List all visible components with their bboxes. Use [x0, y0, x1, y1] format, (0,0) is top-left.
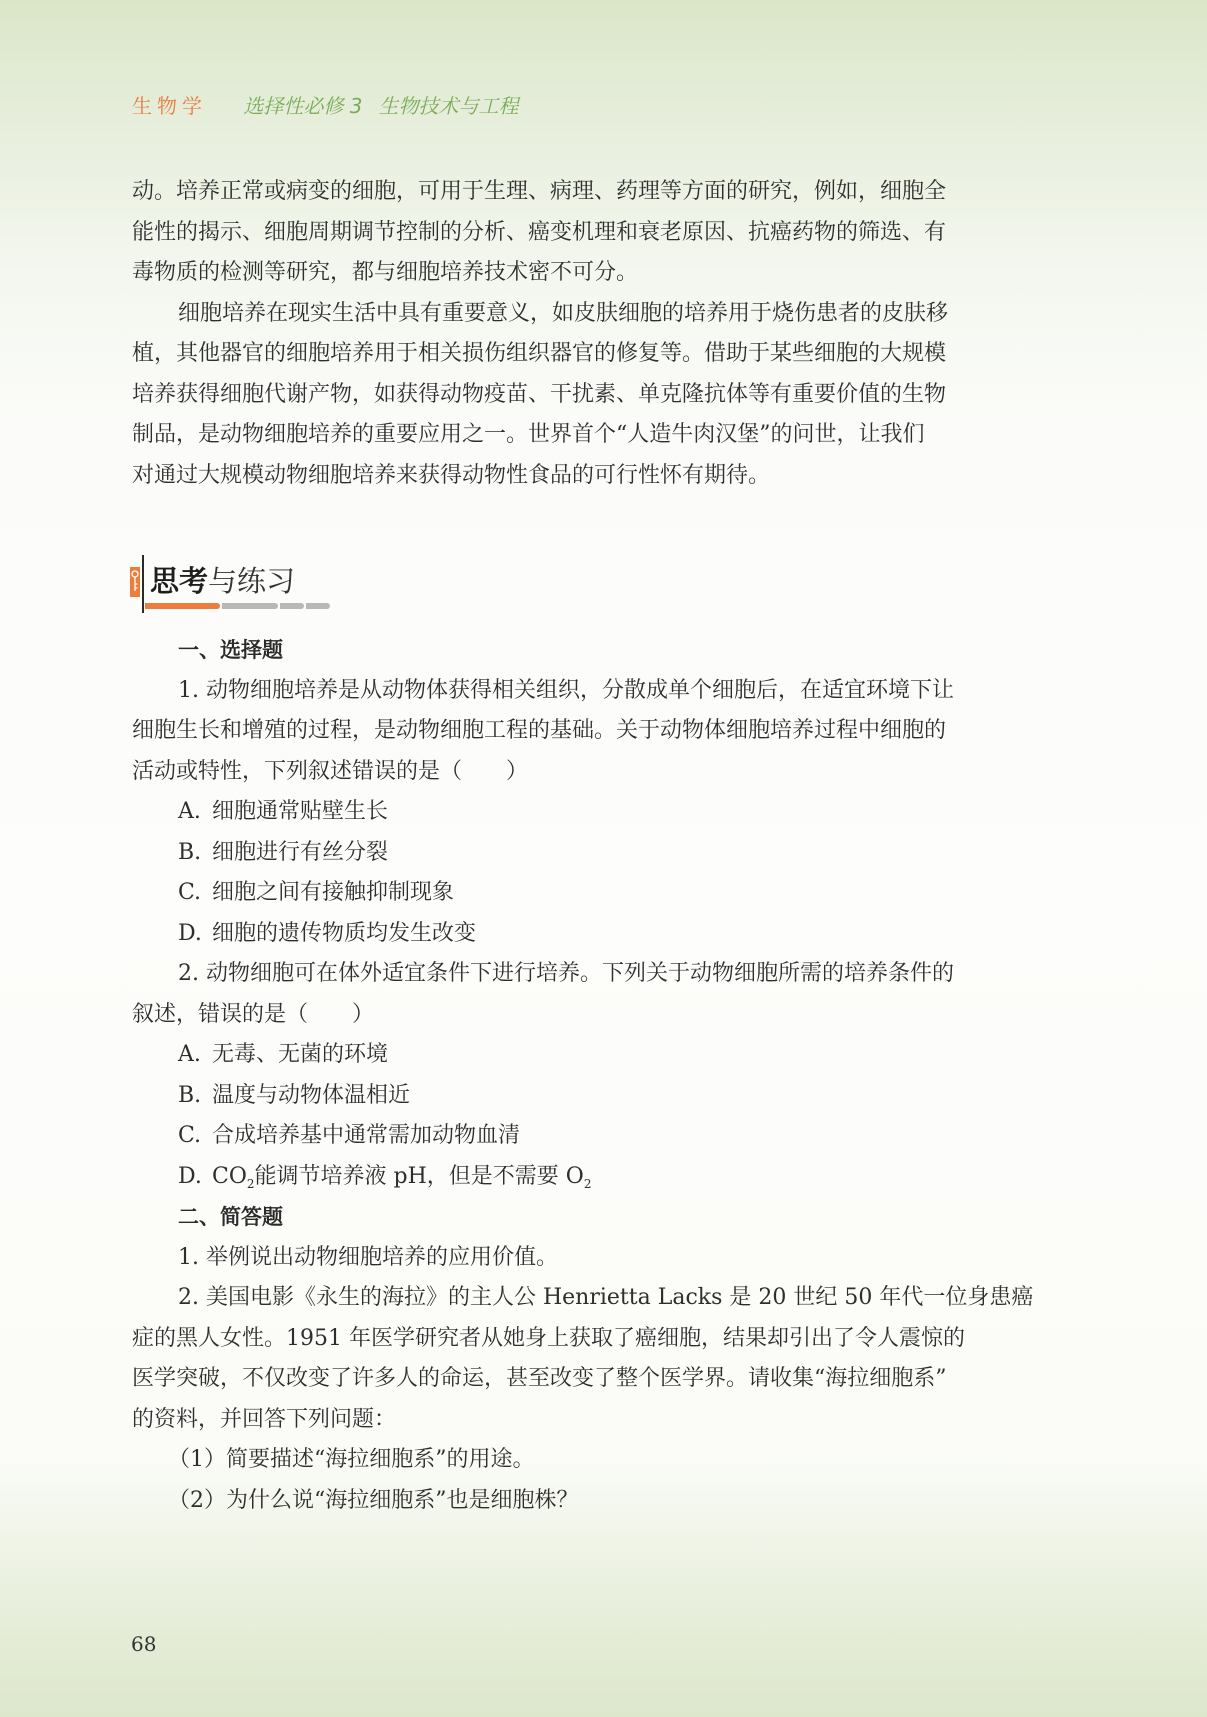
- text-line: 培养获得细胞代谢产物，如获得动物疫苗、干扰素、单克隆抗体等有重要价值的生物: [132, 375, 1038, 416]
- sub-question-1: （1）简要描述“海拉细胞系”的用途。: [132, 1440, 1038, 1481]
- text-line: 对通过大规模动物细胞培养来获得动物性食品的可行性怀有期待。: [132, 456, 1038, 497]
- option-c: C.合成培养基中通常需加动物血清: [132, 1116, 1038, 1157]
- option-a: A.无毒、无菌的环境: [132, 1035, 1038, 1076]
- question-text-line: 细胞生长和增殖的过程，是动物细胞工程的基础。关于动物体细胞培养过程中细胞的: [132, 711, 1038, 752]
- header-course: 选择性必修 3生物技术与工程: [243, 94, 518, 118]
- section-heading-exercises: 思考与练习: [130, 555, 330, 613]
- option-b: B.细胞进行有丝分裂: [132, 833, 1038, 874]
- choice-questions-heading: 一、选择题: [132, 630, 1038, 671]
- body-text: 动。培养正常或病变的细胞，可用于生理、病理、药理等方面的研究，例如，细胞全 能性…: [132, 172, 1038, 496]
- option-a: A.细胞通常贴壁生长: [132, 792, 1038, 833]
- key-tag-icon: [130, 567, 140, 597]
- text-line: 动。培养正常或病变的细胞，可用于生理、病理、药理等方面的研究，例如，细胞全: [132, 172, 1038, 213]
- section-title-bold: 思考: [150, 564, 208, 598]
- bar-segment: [280, 603, 304, 609]
- question-text-line: 1. 动物细胞培养是从动物体获得相关组织，分散成单个细胞后，在适宜环境下让: [132, 671, 1038, 712]
- paragraph-2: 细胞培养在现实生活中具有重要意义，如皮肤细胞的培养用于烧伤患者的皮肤移 植，其他…: [132, 294, 1038, 497]
- header-course-title: 生物技术与工程: [378, 94, 518, 118]
- text-line: 植，其他器官的细胞培养用于相关损伤组织器官的修复等。借助于某些细胞的大规模: [132, 334, 1038, 375]
- question-text-line: 医学突破，不仅改变了许多人的命运，甚至改变了整个医学界。请收集“海拉细胞系”: [132, 1359, 1038, 1400]
- option-d: D.细胞的遗传物质均发生改变: [132, 914, 1038, 955]
- bar-segment-accent: [145, 603, 220, 609]
- question-2: 2. 动物细胞可在体外适宜条件下进行培养。下列关于动物细胞所需的培养条件的 叙述…: [132, 954, 1038, 1197]
- option-d: D.CO2能调节培养液 pH，但是不需要 O2: [132, 1157, 1038, 1198]
- question-text-line: 症的黑人女性。1951 年医学研究者从她身上获取了癌细胞，结果却引出了令人震惊的: [132, 1319, 1038, 1360]
- question-text-line: 活动或特性，下列叙述错误的是（ ）: [132, 752, 1038, 793]
- question-1: 1. 动物细胞培养是从动物体获得相关组织，分散成单个细胞后，在适宜环境下让 细胞…: [132, 671, 1038, 955]
- question-text-line: 2. 美国电影《永生的海拉》的主人公 Henrietta Lacks 是 20 …: [132, 1278, 1038, 1319]
- running-header: 生物学 选择性必修 3生物技术与工程: [132, 92, 518, 120]
- text-line: 制品，是动物细胞培养的重要应用之一。世界首个“人造牛肉汉堡”的问世，让我们: [132, 415, 1038, 456]
- option-b: B.温度与动物体温相近: [132, 1076, 1038, 1117]
- bar-segment: [306, 603, 330, 609]
- section-title-light: 与练习: [208, 564, 295, 598]
- question-text-line: 的资料，并回答下列问题：: [132, 1400, 1038, 1441]
- section-title: 思考与练习: [150, 563, 295, 599]
- bar-segment: [222, 603, 278, 609]
- paragraph-1: 动。培养正常或病变的细胞，可用于生理、病理、药理等方面的研究，例如，细胞全 能性…: [132, 172, 1038, 294]
- header-course-volume: 选择性必修 3: [243, 94, 362, 118]
- text-line: 细胞培养在现实生活中具有重要意义，如皮肤细胞的培养用于烧伤患者的皮肤移: [132, 294, 1038, 335]
- exercises: 一、选择题 1. 动物细胞培养是从动物体获得相关组织，分散成单个细胞后，在适宜环…: [132, 630, 1038, 1521]
- short-answer-heading: 二、简答题: [132, 1197, 1038, 1238]
- sub-question-2: （2）为什么说“海拉细胞系”也是细胞株？: [132, 1481, 1038, 1522]
- text-line: 能性的揭示、细胞周期调节控制的分析、癌变机理和衰老原因、抗癌药物的筛选、有: [132, 213, 1038, 254]
- section-underline-bar: [145, 603, 455, 609]
- option-c: C.细胞之间有接触抑制现象: [132, 873, 1038, 914]
- short-question-1: 1. 举例说出动物细胞培养的应用价值。: [132, 1238, 1038, 1279]
- question-text-line: 2. 动物细胞可在体外适宜条件下进行培养。下列关于动物细胞所需的培养条件的: [132, 954, 1038, 995]
- question-text-line: 叙述，错误的是（ ）: [132, 995, 1038, 1036]
- page-number: 68: [131, 1632, 156, 1656]
- text-line: 毒物质的检测等研究，都与细胞培养技术密不可分。: [132, 253, 1038, 294]
- short-question-2: 2. 美国电影《永生的海拉》的主人公 Henrietta Lacks 是 20 …: [132, 1278, 1038, 1521]
- header-subject: 生物学: [132, 94, 207, 118]
- heading-divider: [142, 555, 144, 613]
